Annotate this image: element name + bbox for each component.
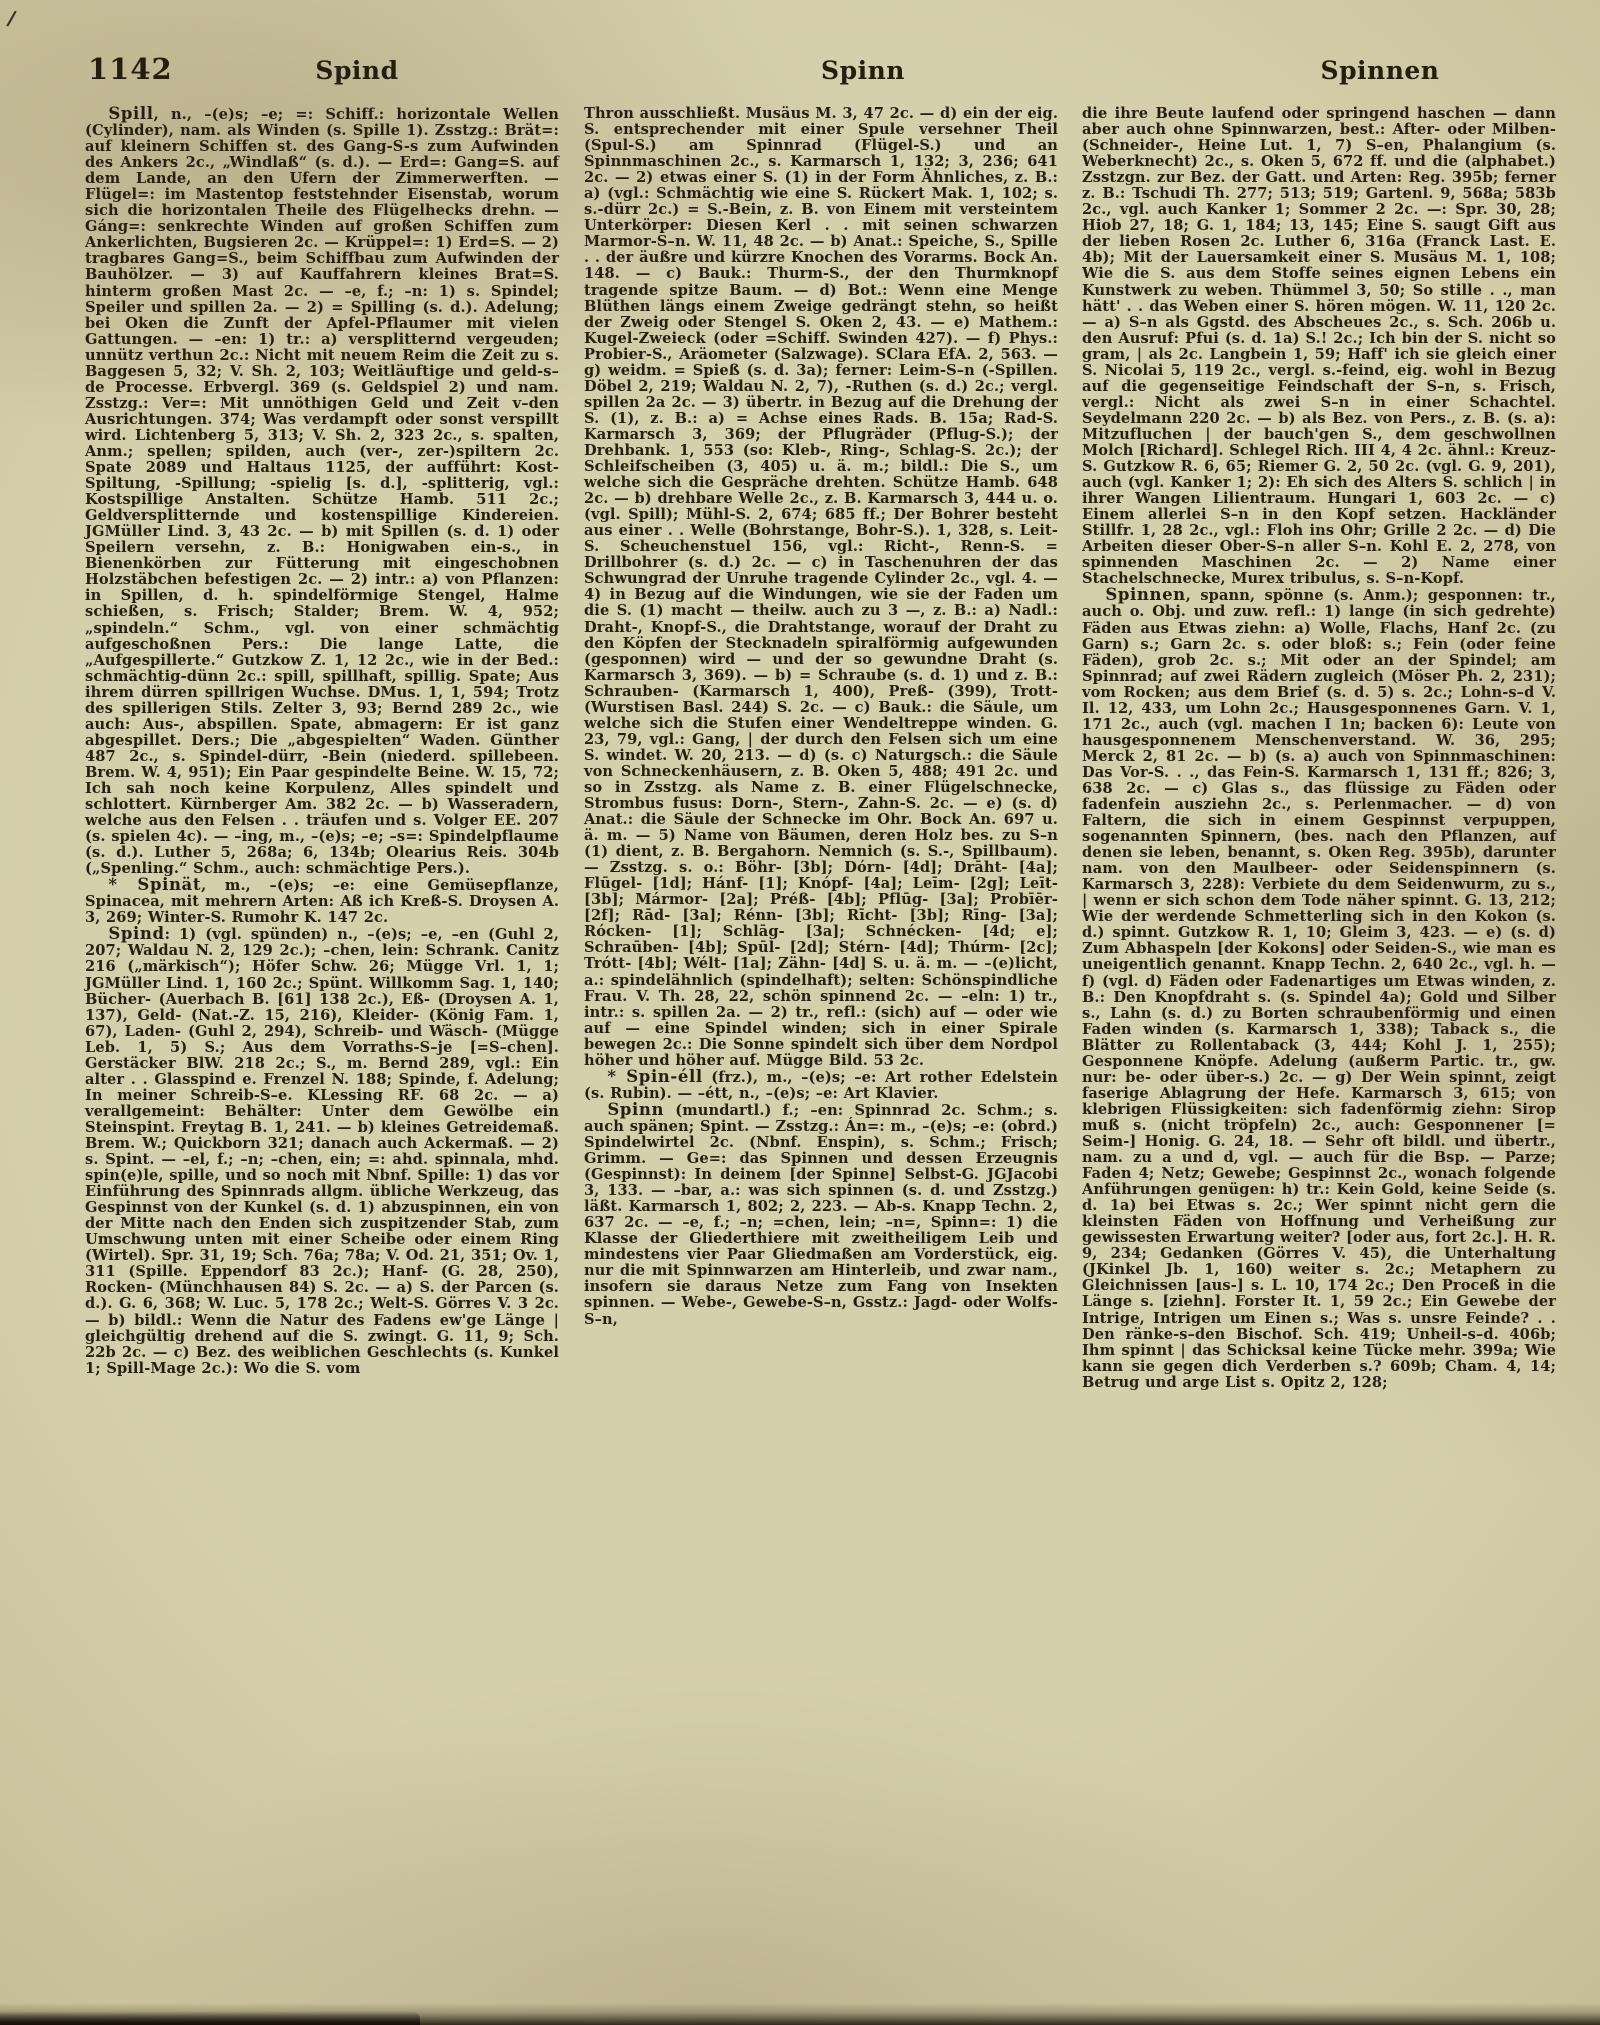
text-column-left: Spill, n., –(e)s; –e; =: Schiff.: horizo…: [85, 106, 559, 1377]
scanned-dictionary-page: / 1142 Spind Spinn Spinnen Spill, n., –(…: [0, 0, 1600, 2025]
dictionary-paragraph: * Spin-éll (frz.), m., –(e)s; –e: Art ro…: [584, 1069, 1058, 1102]
dictionary-paragraph: Spind: 1) (vgl. spünden) n., –(e)s; –e, …: [85, 926, 559, 1376]
entry-headword: Spind: [108, 924, 164, 943]
running-head-spind: Spind: [315, 56, 398, 85]
text-column-right: die ihre Beute laufend oder springend ha…: [1082, 106, 1556, 1391]
entry-headword: * Spinät: [108, 875, 201, 894]
dictionary-paragraph: Spinn (mundartl.) f.; –en: Spinnrad 2c. …: [584, 1102, 1058, 1328]
entry-headword: Spinnen: [1105, 585, 1185, 604]
dictionary-paragraph: Thron ausschließt. Musäus M. 3, 47 2c. —…: [584, 106, 1058, 1069]
dictionary-paragraph: Spill, n., –(e)s; –e; =: Schiff.: horizo…: [85, 106, 559, 877]
running-head-spinnen: Spinnen: [1321, 56, 1440, 85]
page-bottom-corner-shadow: [0, 2011, 420, 2025]
page-number: 1142: [88, 52, 173, 86]
entry-headword: Spill: [108, 104, 153, 123]
dictionary-paragraph: die ihre Beute laufend oder springend ha…: [1082, 106, 1556, 587]
text-column-middle: Thron ausschließt. Musäus M. 3, 47 2c. —…: [584, 106, 1058, 1328]
dictionary-paragraph: Spinnen, spann, spönne (s. Anm.); gespon…: [1082, 587, 1556, 1390]
entry-headword: * Spin-éll: [607, 1067, 702, 1086]
entry-headword: Spinn: [607, 1100, 664, 1119]
running-head-spinn: Spinn: [821, 56, 905, 85]
stray-ink-mark: /: [6, 6, 18, 31]
dictionary-paragraph: * Spinät, m., –(e)s; –e: eine Gemüsepfla…: [85, 877, 559, 926]
